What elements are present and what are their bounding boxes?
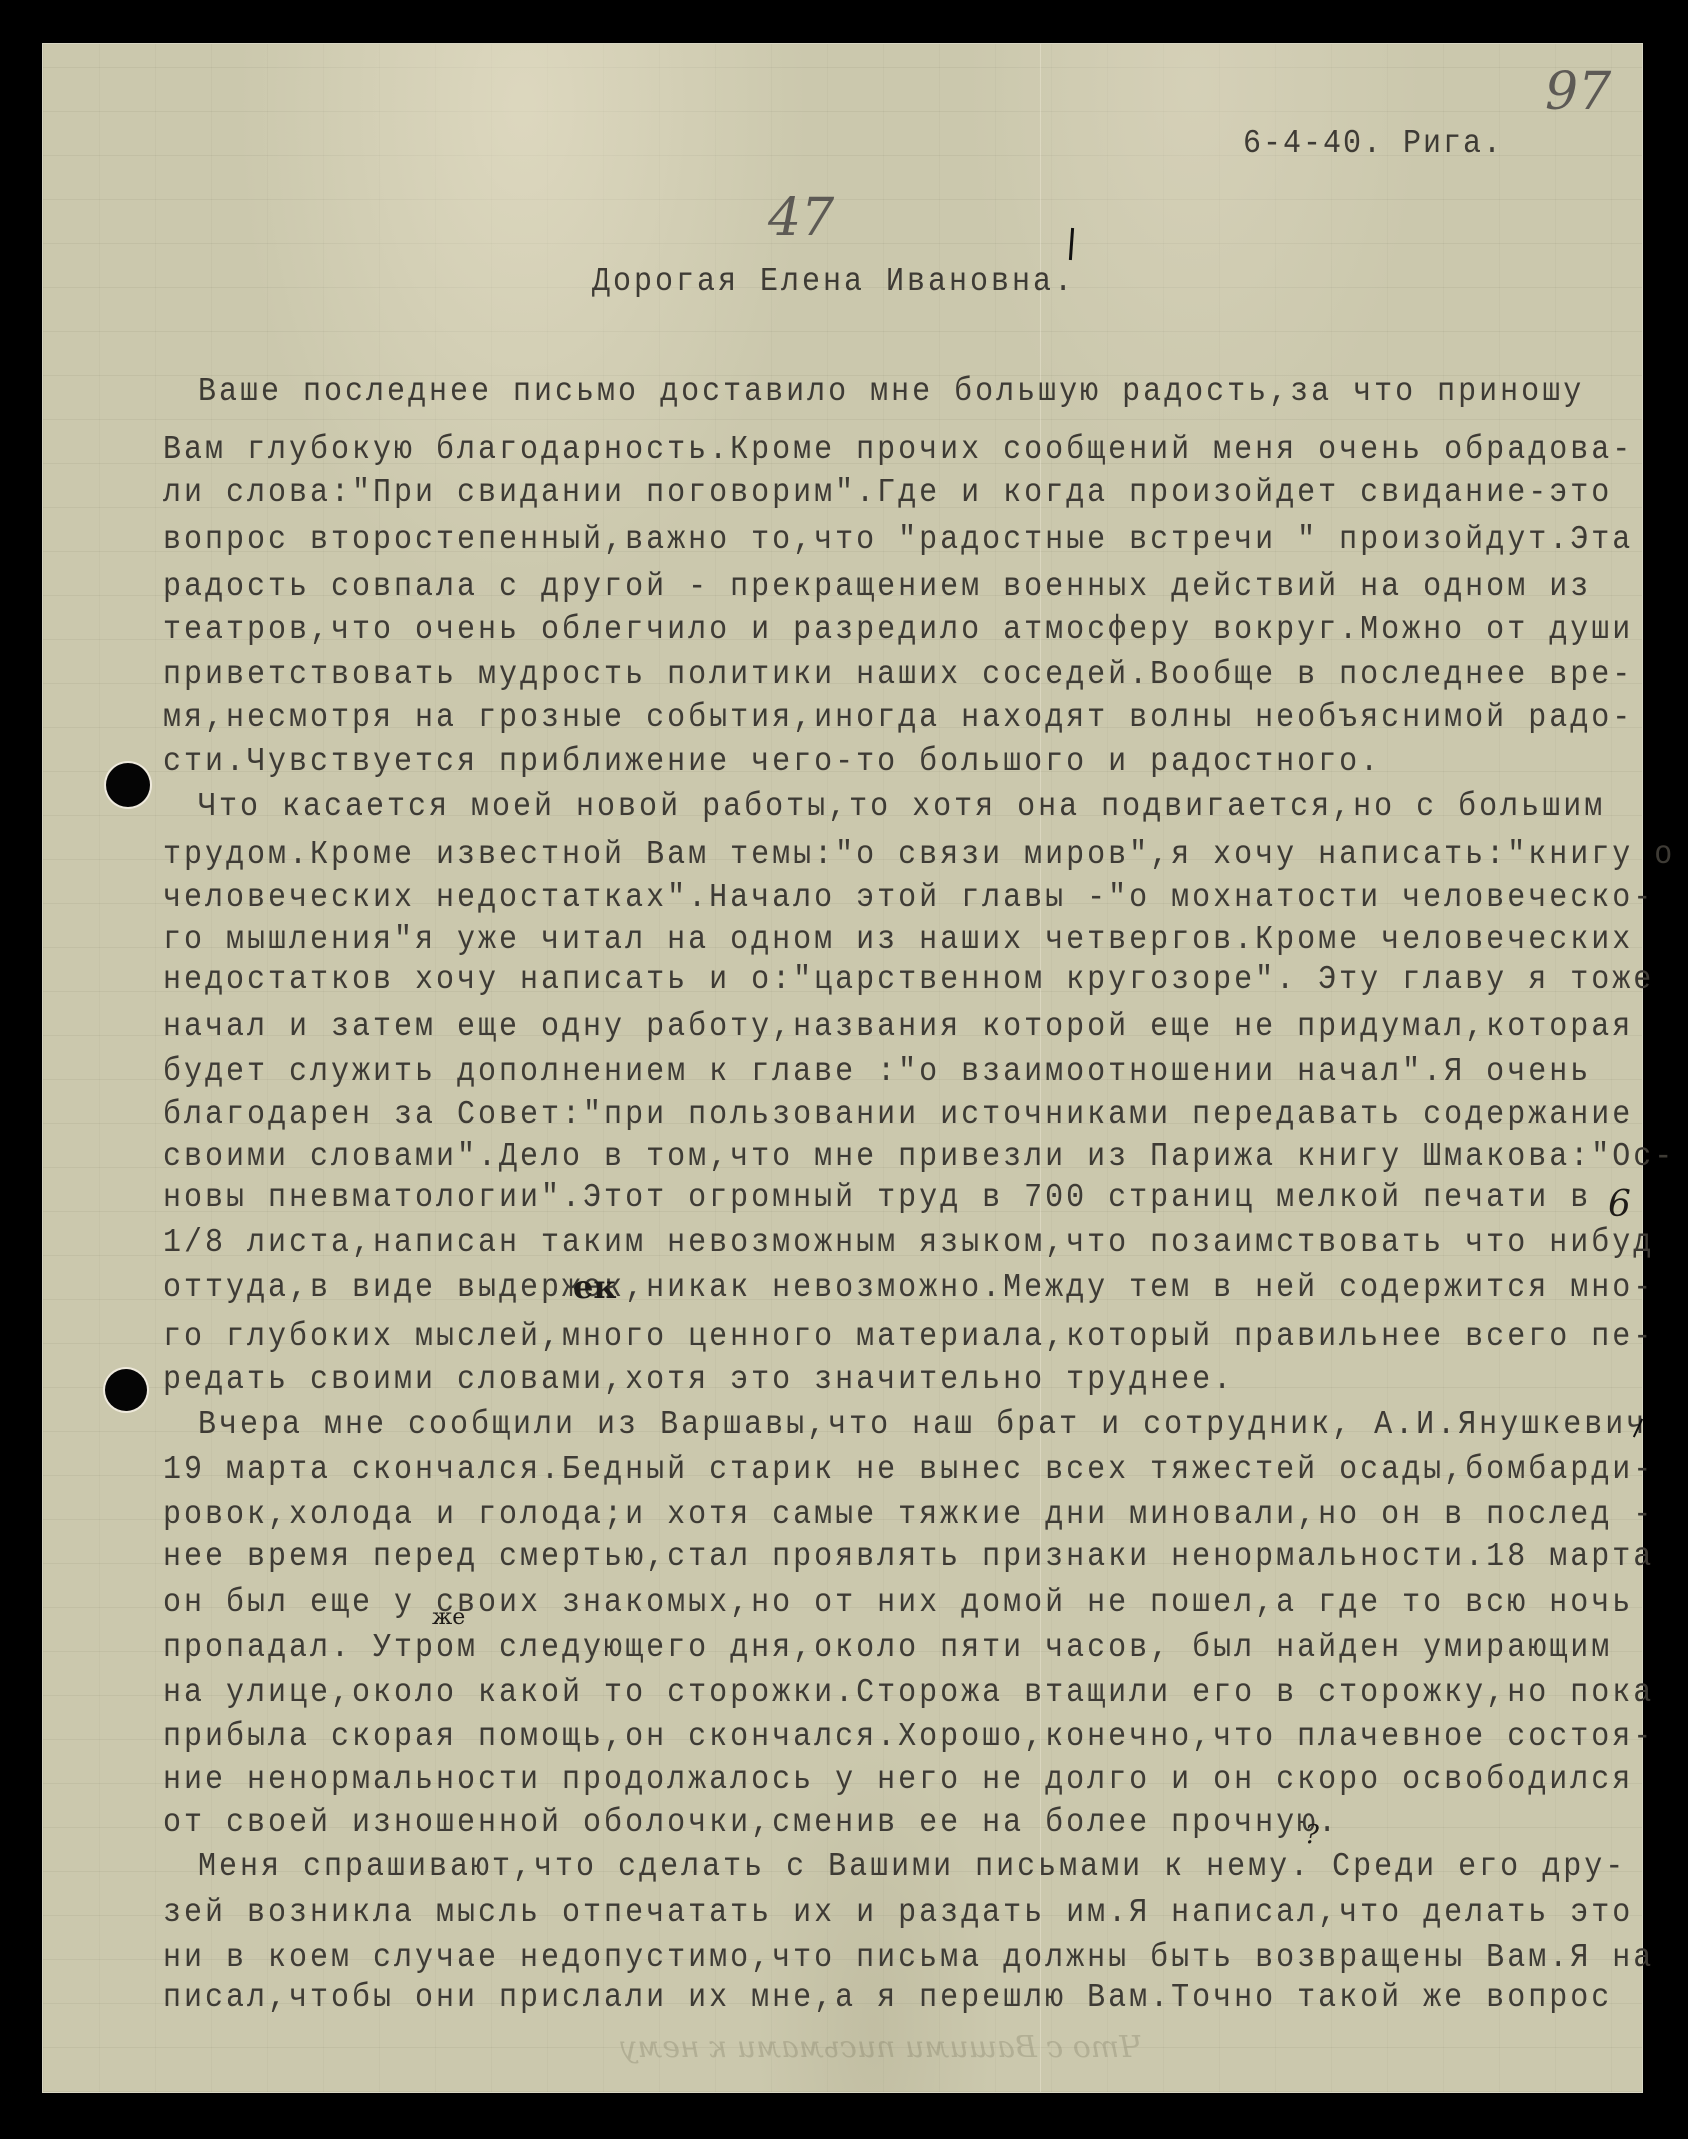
body-line: редать своими словами,хотя это значитель… [163,1360,1234,1400]
handwritten-insert-ek: ек [573,1268,616,1306]
body-line: ние ненормальности продолжалось у него н… [163,1760,1633,1800]
body-line: своими словами".Дело в том,что мне приве… [163,1137,1675,1177]
body-line: Ваше последнее письмо доставило мне боль… [198,372,1584,412]
margin-mark-6: 6 [1608,1184,1631,1225]
body-line: пропадал. Утром следующего дня,около пят… [163,1628,1612,1668]
body-line: го мышления"я уже читал на одном из наши… [163,920,1633,960]
salutation: Дорогая Елена Ивановна. [592,262,1075,302]
body-line: зей возникла мысль отпечатать их и разда… [163,1893,1633,1933]
body-line: 1/8 листа,написан таким невозможным язык… [163,1223,1654,1263]
body-line: мя,несмотря на грозные события,иногда на… [163,698,1633,738]
body-line: ровок,холода и голода;и хотя самые тяжки… [163,1495,1654,1535]
body-line: Что касается моей новой работы,то хотя о… [198,787,1605,827]
body-line: нее время перед смертью,стал проявлять п… [163,1537,1654,1577]
body-line: писал,чтобы они прислали их мне,а я пере… [163,1978,1612,2018]
body-line: будет служить дополнением к главе :"о вз… [163,1052,1591,1092]
body-line: человеческих недостатках".Начало этой гл… [163,878,1654,918]
handwritten-question-mark: ? [1305,1820,1319,1850]
body-line: театров,что очень облегчило и разредило … [163,610,1633,650]
body-line: сти.Чувствуется приближение чего-то боль… [163,742,1381,782]
body-line: трудом.Кроме известной Вам темы:"о связи… [163,835,1675,875]
body-line: Меня спрашивают,что сделать с Вашими пис… [198,1847,1626,1887]
body-line: 19 марта скончался.Бедный старик не выне… [163,1450,1654,1490]
handwritten-insert-zhe: же [432,1605,465,1630]
body-line: прибыла скорая помощь,он скончался.Хорош… [163,1717,1654,1757]
body-line: радость совпала с другой - прекращением … [163,567,1591,607]
punch-hole-top [106,763,150,807]
body-line: го глубоких мыслей,много ценного материа… [163,1317,1654,1357]
body-line: Вчера мне сообщили из Варшавы,что наш бр… [198,1405,1647,1445]
body-line: вопрос второстепенный,важно то,что "радо… [163,520,1633,560]
body-line: благодарен за Совет:"при пользовании ист… [163,1095,1633,1135]
body-line: начал и затем еще одну работу,названия к… [163,1007,1633,1047]
body-line: оттуда,в виде выдержек,никак невозможно.… [163,1268,1654,1308]
body-line: ни в коем случае недопустимо,что письма … [163,1938,1654,1978]
body-line: от своей изношенной оболочки,сменив ее н… [163,1803,1339,1843]
body-line: приветствовать мудрость политики наших с… [163,655,1633,695]
body-line: он был еще у своих знакомых,но от них до… [163,1583,1633,1623]
body-line: новы пневматологии".Этот огромный труд в… [163,1178,1591,1218]
letter-number: 47 [768,188,834,248]
body-line: ли слова:"При свидании поговорим".Где и … [163,473,1612,513]
date-place: 6-4-40. Рига. [1243,124,1503,164]
bleed-through-handwriting: Что с Вашими письмами к нему [620,2030,1142,2065]
punch-hole-bottom [105,1369,147,1411]
body-line: на улице,около какой то сторожки.Сторожа… [163,1673,1654,1713]
archive-page-number: 97 [1545,62,1611,122]
body-line: Вам глубокую благодарность.Кроме прочих … [163,430,1633,470]
body-line: недостатков хочу написать и о:"царственн… [163,960,1654,1000]
